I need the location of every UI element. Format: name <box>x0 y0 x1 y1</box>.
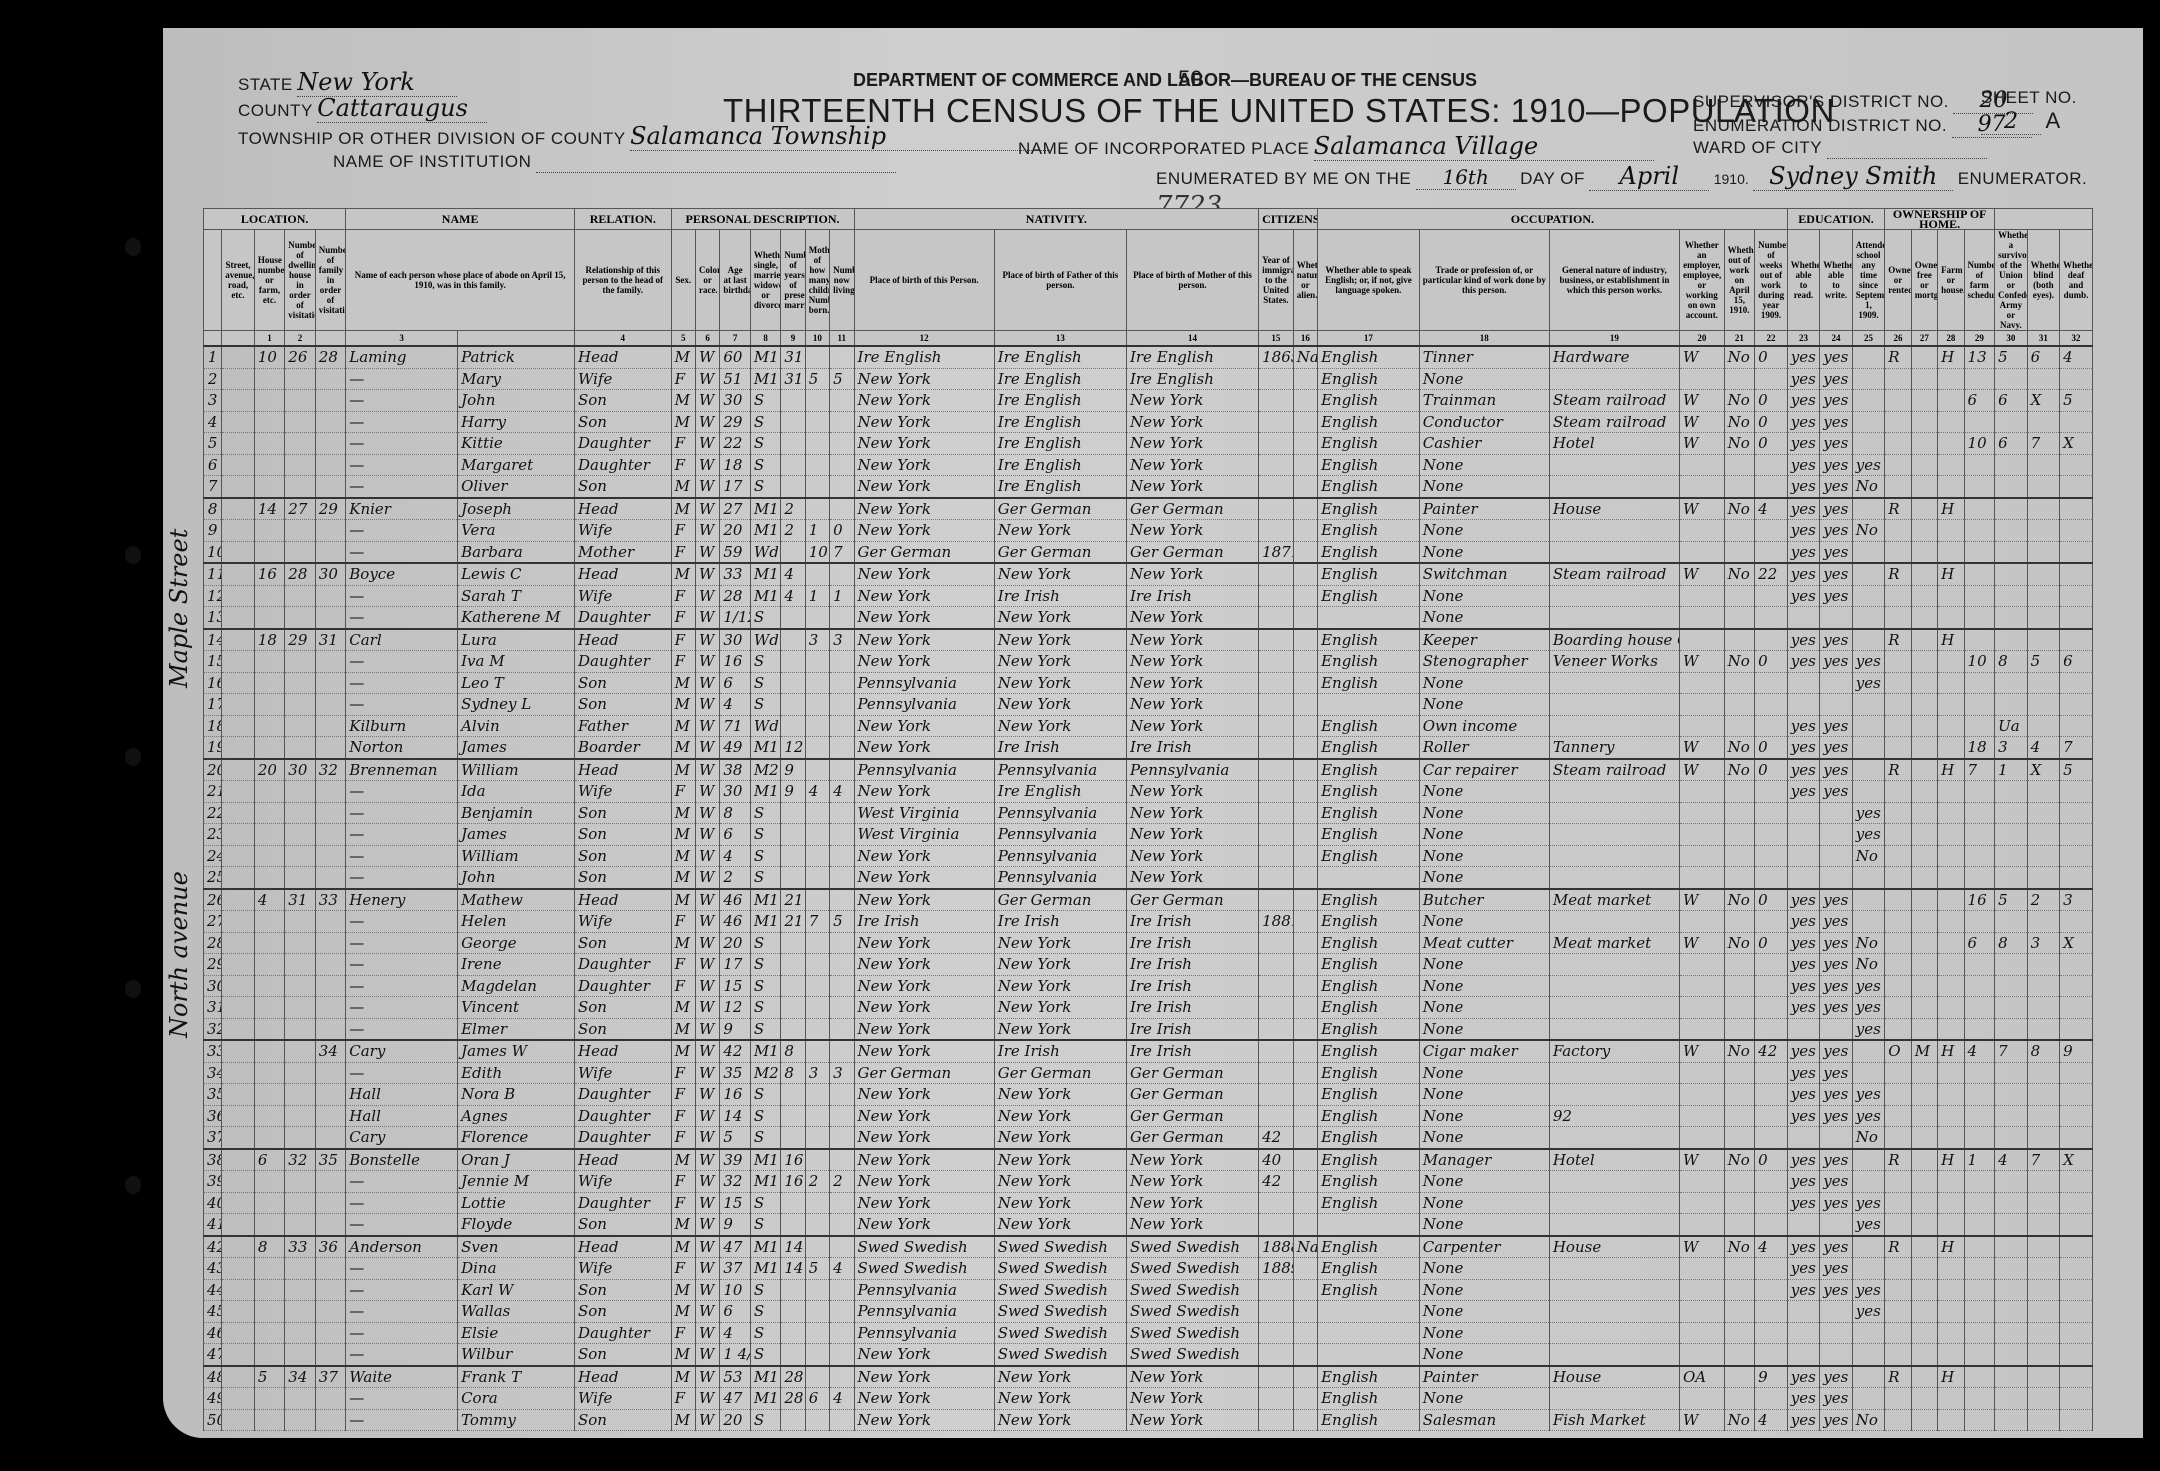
cell-immig <box>1259 607 1294 629</box>
cell-marital: S <box>750 1279 780 1301</box>
cell-farm <box>1938 1062 1964 1084</box>
cell-emp: W <box>1679 1236 1724 1258</box>
column-number: 26 <box>1885 331 1911 347</box>
cell-read: yes <box>1787 1409 1820 1431</box>
cell-c32 <box>2060 824 2093 846</box>
cell-given: Oran J <box>458 1149 575 1171</box>
cell-pob-father: New York <box>994 1366 1126 1388</box>
cell-free <box>1911 1171 1937 1193</box>
binder-hole <box>125 748 141 766</box>
cell-marital: S <box>750 651 780 673</box>
cell-living: 1 <box>830 585 854 607</box>
cell-english: English <box>1318 520 1420 542</box>
cell-pob-mother: New York <box>1126 1366 1258 1388</box>
cell-trade: None <box>1419 1322 1549 1344</box>
cell-weeks <box>1755 520 1788 542</box>
cell-immig: 1889 <box>1259 1258 1294 1280</box>
cell-school <box>1852 781 1885 803</box>
cell-family <box>315 368 345 390</box>
cell-given: Frank T <box>458 1366 575 1388</box>
column-number: 20 <box>1679 331 1724 347</box>
cell-born <box>805 1084 829 1106</box>
cell-immig <box>1259 433 1294 455</box>
cell-given: Margaret <box>458 454 575 476</box>
cell-industry <box>1549 672 1679 694</box>
cell-dwelling <box>285 651 315 673</box>
cell-race: W <box>695 1409 719 1431</box>
cell-dwelling <box>285 520 315 542</box>
cell-c32 <box>2060 1366 2093 1388</box>
cell-sched: 6 <box>1964 390 1995 412</box>
cell-family <box>315 476 345 498</box>
cell-write: yes <box>1820 1192 1853 1214</box>
cell-street <box>222 454 255 476</box>
cell-weeks: 0 <box>1755 346 1788 368</box>
cell-given: Lura <box>458 629 575 651</box>
cell-english: English <box>1318 715 1420 737</box>
cell-immig <box>1259 1192 1294 1214</box>
cell-write <box>1820 1322 1853 1344</box>
cell-sex: M <box>671 1301 695 1323</box>
cell-sched <box>1964 1279 1995 1301</box>
cell-pob: New York <box>854 1171 994 1193</box>
cell-dwelling: 34 <box>285 1366 315 1388</box>
cell-immig: 42 <box>1259 1127 1294 1149</box>
column-number: 15 <box>1259 331 1294 347</box>
cell-school <box>1852 1388 1885 1410</box>
cell-marital: M1 <box>750 889 780 911</box>
cell-line: 47 <box>204 1344 222 1366</box>
cell-age: 5 <box>720 1127 750 1149</box>
cell-marital: S <box>750 1322 780 1344</box>
cell-natur <box>1293 563 1317 585</box>
table-row: 46—ElsieDaughterFW4SPennsylvaniaSwed Swe… <box>204 1322 2093 1344</box>
cell-living <box>830 1127 854 1149</box>
cell-farm <box>1938 845 1964 867</box>
cell-pob-mother: Ire Irish <box>1126 585 1258 607</box>
cell-living: 2 <box>830 1171 854 1193</box>
cell-emp: W <box>1679 411 1724 433</box>
cell-read: yes <box>1787 1388 1820 1410</box>
cell-race: W <box>695 715 719 737</box>
cell-relation: Son <box>575 672 672 694</box>
cell-english: English <box>1318 911 1420 933</box>
cell-industry <box>1549 454 1679 476</box>
table-row: 4283336AndersonSvenHeadMW47M114Swed Swed… <box>204 1236 2093 1258</box>
cell-dwelling: 29 <box>285 629 315 651</box>
cell-c30: 8 <box>1995 932 2028 954</box>
cell-c32: 5 <box>2060 390 2093 412</box>
cell-industry <box>1549 541 1679 563</box>
cell-read: yes <box>1787 781 1820 803</box>
cell-race: W <box>695 563 719 585</box>
cell-sex: M <box>671 1018 695 1040</box>
cell-free <box>1911 520 1937 542</box>
cell-age: 32 <box>720 1171 750 1193</box>
cell-street <box>222 715 255 737</box>
cell-free <box>1911 1344 1937 1366</box>
cell-c31 <box>2027 1105 2060 1127</box>
cell-pob: New York <box>854 1105 994 1127</box>
cell-living <box>830 1149 854 1171</box>
cell-immig <box>1259 737 1294 759</box>
cell-pob-mother: Ger German <box>1126 1062 1258 1084</box>
cell-pob-father: Ire Irish <box>994 585 1126 607</box>
cell-surname: — <box>346 975 458 997</box>
cell-surname: Kilburn <box>346 715 458 737</box>
cell-race: W <box>695 520 719 542</box>
cell-relation: Head <box>575 346 672 368</box>
cell-surname: Hall <box>346 1084 458 1106</box>
cell-sched <box>1964 1344 1995 1366</box>
cell-pob-mother: New York <box>1126 454 1258 476</box>
col-header: Farm or house. <box>1938 230 1964 331</box>
cell-sex: F <box>671 454 695 476</box>
cell-farm: H <box>1938 1236 1964 1258</box>
cell-weeks <box>1755 1192 1788 1214</box>
cell-trade: Keeper <box>1419 629 1549 651</box>
cell-relation: Son <box>575 824 672 846</box>
cell-living <box>830 845 854 867</box>
cell-living <box>830 1236 854 1258</box>
cell-race: W <box>695 1258 719 1280</box>
cell-given: Benjamin <box>458 802 575 824</box>
cell-race: W <box>695 975 719 997</box>
column-number <box>315 331 345 347</box>
cell-line: 6 <box>204 454 222 476</box>
cell-living <box>830 433 854 455</box>
cell-read <box>1787 607 1820 629</box>
cell-dwelling: 26 <box>285 346 315 368</box>
cell-marital: S <box>750 1409 780 1431</box>
cell-immig <box>1259 1105 1294 1127</box>
cell-house <box>254 651 284 673</box>
cell-read: yes <box>1787 1062 1820 1084</box>
cell-race: W <box>695 1192 719 1214</box>
cell-c30 <box>1995 802 2028 824</box>
cell-marital: Wd <box>750 541 780 563</box>
cell-sched <box>1964 1171 1995 1193</box>
table-row: 2—MaryWifeFW51M13155New YorkIre EnglishI… <box>204 368 2093 390</box>
cell-given: Florence <box>458 1127 575 1149</box>
cell-owned <box>1885 1192 1911 1214</box>
cell-c31 <box>2027 1236 2060 1258</box>
cell-street <box>222 1192 255 1214</box>
cell-years-married: 28 <box>781 1388 805 1410</box>
cell-relation: Son <box>575 1301 672 1323</box>
cell-c32 <box>2060 1344 2093 1366</box>
cell-given: Helen <box>458 911 575 933</box>
cell-farm <box>1938 1127 1964 1149</box>
cell-immig <box>1259 520 1294 542</box>
cell-relation: Head <box>575 1040 672 1062</box>
sheet-number-value: 2 <box>1981 109 2041 135</box>
cell-english: English <box>1318 1192 1420 1214</box>
cell-c32 <box>2060 694 2093 716</box>
table-row: 49—CoraWifeFW47M12864New YorkNew YorkNew… <box>204 1388 2093 1410</box>
cell-trade: None <box>1419 802 1549 824</box>
cell-born <box>805 824 829 846</box>
cell-living <box>830 651 854 673</box>
cell-race: W <box>695 1344 719 1366</box>
cell-dwelling <box>285 1192 315 1214</box>
cell-given: George <box>458 932 575 954</box>
section-citizenship: CITIZENSHIP. <box>1259 209 1318 230</box>
column-number: 22 <box>1755 331 1788 347</box>
cell-years-married <box>781 454 805 476</box>
cell-living <box>830 1018 854 1040</box>
cell-dwelling <box>285 737 315 759</box>
cell-c31 <box>2027 563 2060 585</box>
cell-free <box>1911 975 1937 997</box>
col-header: Mother of how many children: Number born… <box>805 230 829 331</box>
cell-write: yes <box>1820 520 1853 542</box>
cell-pob-mother: New York <box>1126 411 1258 433</box>
cell-natur <box>1293 1279 1317 1301</box>
cell-weeks <box>1755 1062 1788 1084</box>
cell-owned <box>1885 694 1911 716</box>
cell-write: yes <box>1820 1171 1853 1193</box>
cell-sex: F <box>671 541 695 563</box>
cell-dwelling: 32 <box>285 1149 315 1171</box>
cell-line: 38 <box>204 1149 222 1171</box>
cell-pob-mother: Swed Swedish <box>1126 1258 1258 1280</box>
cell-out <box>1724 975 1754 997</box>
cell-line: 1 <box>204 346 222 368</box>
cell-house <box>254 541 284 563</box>
cell-line: 45 <box>204 1301 222 1323</box>
cell-free <box>1911 1192 1937 1214</box>
cell-write <box>1820 802 1853 824</box>
cell-sex: M <box>671 346 695 368</box>
cell-c31: 6 <box>2027 346 2060 368</box>
cell-given: Sarah T <box>458 585 575 607</box>
cell-sched <box>1964 824 1995 846</box>
cell-surname: — <box>346 433 458 455</box>
cell-weeks <box>1755 454 1788 476</box>
col-header: Owned free or mortgaged. <box>1911 230 1937 331</box>
column-number: 27 <box>1911 331 1937 347</box>
cell-english: English <box>1318 845 1420 867</box>
table-row: 6—MargaretDaughterFW18SNew YorkIre Engli… <box>204 454 2093 476</box>
cell-pob: Pennsylvania <box>854 1301 994 1323</box>
cell-years-married: 21 <box>781 911 805 933</box>
cell-born <box>805 932 829 954</box>
cell-c30 <box>1995 541 2028 563</box>
cell-years-married <box>781 1344 805 1366</box>
section-ownership: OWNERSHIP OF HOME. <box>1885 209 1995 230</box>
cell-farm <box>1938 715 1964 737</box>
cell-relation: Daughter <box>575 975 672 997</box>
cell-born: 10 <box>805 541 829 563</box>
table-row: 50—TommySonMW20SNew YorkNew YorkNew York… <box>204 1409 2093 1431</box>
cell-industry: Steam railroad <box>1549 563 1679 585</box>
cell-line: 43 <box>204 1258 222 1280</box>
cell-pob: New York <box>854 1018 994 1040</box>
cell-natur <box>1293 845 1317 867</box>
cell-sched <box>1964 1258 1995 1280</box>
cell-living: 5 <box>830 368 854 390</box>
cell-line: 33 <box>204 1040 222 1062</box>
cell-living <box>830 1409 854 1431</box>
cell-sched <box>1964 607 1995 629</box>
census-table: LOCATION. NAME RELATION. PERSONAL DESCRI… <box>203 208 2093 1431</box>
cell-natur <box>1293 1062 1317 1084</box>
cell-read: yes <box>1787 1105 1820 1127</box>
cell-trade: None <box>1419 1105 1549 1127</box>
cell-relation: Son <box>575 932 672 954</box>
cell-industry <box>1549 1279 1679 1301</box>
table-row: 39—Jennie MWifeFW32M11622New YorkNew Yor… <box>204 1171 2093 1193</box>
cell-line: 11 <box>204 563 222 585</box>
cell-marital: M1 <box>750 563 780 585</box>
cell-trade: None <box>1419 1344 1549 1366</box>
cell-race: W <box>695 867 719 889</box>
cell-born <box>805 454 829 476</box>
table-row: 34—EdithWifeFW35M2833Ger GermanGer Germa… <box>204 1062 2093 1084</box>
cell-out <box>1724 1301 1754 1323</box>
cell-write: yes <box>1820 390 1853 412</box>
cell-house <box>254 672 284 694</box>
cell-age: 33 <box>720 563 750 585</box>
cell-born <box>805 1409 829 1431</box>
cell-weeks <box>1755 715 1788 737</box>
cell-given: Tommy <box>458 1409 575 1431</box>
cell-sched <box>1964 498 1995 520</box>
cell-sched: 16 <box>1964 889 1995 911</box>
cell-living <box>830 715 854 737</box>
cell-read: yes <box>1787 368 1820 390</box>
cell-age: 39 <box>720 1149 750 1171</box>
cell-industry: House <box>1549 1236 1679 1258</box>
cell-line: 22 <box>204 802 222 824</box>
cell-write: yes <box>1820 1062 1853 1084</box>
cell-farm <box>1938 1105 1964 1127</box>
cell-given: Cora <box>458 1388 575 1410</box>
cell-pob-father: New York <box>994 1105 1126 1127</box>
cell-free <box>1911 585 1937 607</box>
cell-given: Iva M <box>458 651 575 673</box>
cell-free <box>1911 781 1937 803</box>
cell-immig <box>1259 1040 1294 1062</box>
cell-emp <box>1679 1344 1724 1366</box>
cell-living: 7 <box>830 541 854 563</box>
cell-sex: F <box>671 1127 695 1149</box>
cell-marital: S <box>750 1105 780 1127</box>
cell-free <box>1911 1236 1937 1258</box>
cell-relation: Daughter <box>575 954 672 976</box>
cell-immig <box>1259 1301 1294 1323</box>
cell-family <box>315 975 345 997</box>
cell-line: 7 <box>204 476 222 498</box>
cell-english: English <box>1318 997 1420 1019</box>
cell-c32 <box>2060 1018 2093 1040</box>
cell-c31 <box>2027 715 2060 737</box>
cell-house <box>254 715 284 737</box>
cell-write: yes <box>1820 1040 1853 1062</box>
cell-farm <box>1938 694 1964 716</box>
cell-relation: Boarder <box>575 737 672 759</box>
cell-relation: Son <box>575 1409 672 1431</box>
cell-emp: W <box>1679 346 1724 368</box>
cell-family <box>315 651 345 673</box>
cell-dwelling: 27 <box>285 498 315 520</box>
cell-natur <box>1293 368 1317 390</box>
sheet-number-field: SHEET NO. 2 A <box>1981 88 2077 135</box>
cell-race: W <box>695 346 719 368</box>
cell-street <box>222 368 255 390</box>
cell-born <box>805 1192 829 1214</box>
cell-line: 36 <box>204 1105 222 1127</box>
column-number: 13 <box>994 331 1126 347</box>
cell-out <box>1724 824 1754 846</box>
cell-c30 <box>1995 954 2028 976</box>
cell-race: W <box>695 476 719 498</box>
cell-surname: — <box>346 454 458 476</box>
cell-marital: M1 <box>750 1236 780 1258</box>
cell-line: 3 <box>204 390 222 412</box>
table-row: 11162830BoyceLewis CHeadMW33M14New YorkN… <box>204 563 2093 585</box>
cell-dwelling <box>285 997 315 1019</box>
cell-marital: S <box>750 1301 780 1323</box>
column-number: 12 <box>854 331 994 347</box>
cell-free <box>1911 932 1937 954</box>
cell-english <box>1318 1344 1420 1366</box>
page-number: 50 <box>1178 66 1202 92</box>
cell-immig <box>1259 824 1294 846</box>
cell-free <box>1911 1301 1937 1323</box>
cell-school <box>1852 1062 1885 1084</box>
cell-sched: 10 <box>1964 433 1995 455</box>
cell-weeks <box>1755 1084 1788 1106</box>
cell-c31 <box>2027 997 2060 1019</box>
cell-weeks <box>1755 1214 1788 1236</box>
cell-age: 15 <box>720 1192 750 1214</box>
cell-school <box>1852 1322 1885 1344</box>
cell-farm <box>1938 1388 1964 1410</box>
cell-c31 <box>2027 1322 2060 1344</box>
cell-immig <box>1259 954 1294 976</box>
cell-farm <box>1938 651 1964 673</box>
cell-c32 <box>2060 498 2093 520</box>
cell-owned <box>1885 476 1911 498</box>
cell-english: English <box>1318 1366 1420 1388</box>
cell-pob-mother: Pennsylvania <box>1126 759 1258 781</box>
cell-owned: R <box>1885 346 1911 368</box>
cell-c32 <box>2060 1105 2093 1127</box>
cell-free <box>1911 433 1937 455</box>
cell-emp: W <box>1679 737 1724 759</box>
cell-farm <box>1938 1171 1964 1193</box>
cell-natur <box>1293 433 1317 455</box>
cell-sched: 7 <box>1964 759 1995 781</box>
cell-industry <box>1549 715 1679 737</box>
cell-marital: S <box>750 433 780 455</box>
cell-sex: F <box>671 1322 695 1344</box>
cell-english: English <box>1318 1409 1420 1431</box>
cell-marital: S <box>750 932 780 954</box>
cell-born <box>805 997 829 1019</box>
cell-relation: Son <box>575 694 672 716</box>
cell-school <box>1852 498 1885 520</box>
cell-natur <box>1293 1105 1317 1127</box>
cell-dwelling <box>285 672 315 694</box>
cell-marital: M1 <box>750 1366 780 1388</box>
cell-write: yes <box>1820 954 1853 976</box>
cell-read: yes <box>1787 911 1820 933</box>
cell-race: W <box>695 390 719 412</box>
cell-years-married: 12 <box>781 737 805 759</box>
